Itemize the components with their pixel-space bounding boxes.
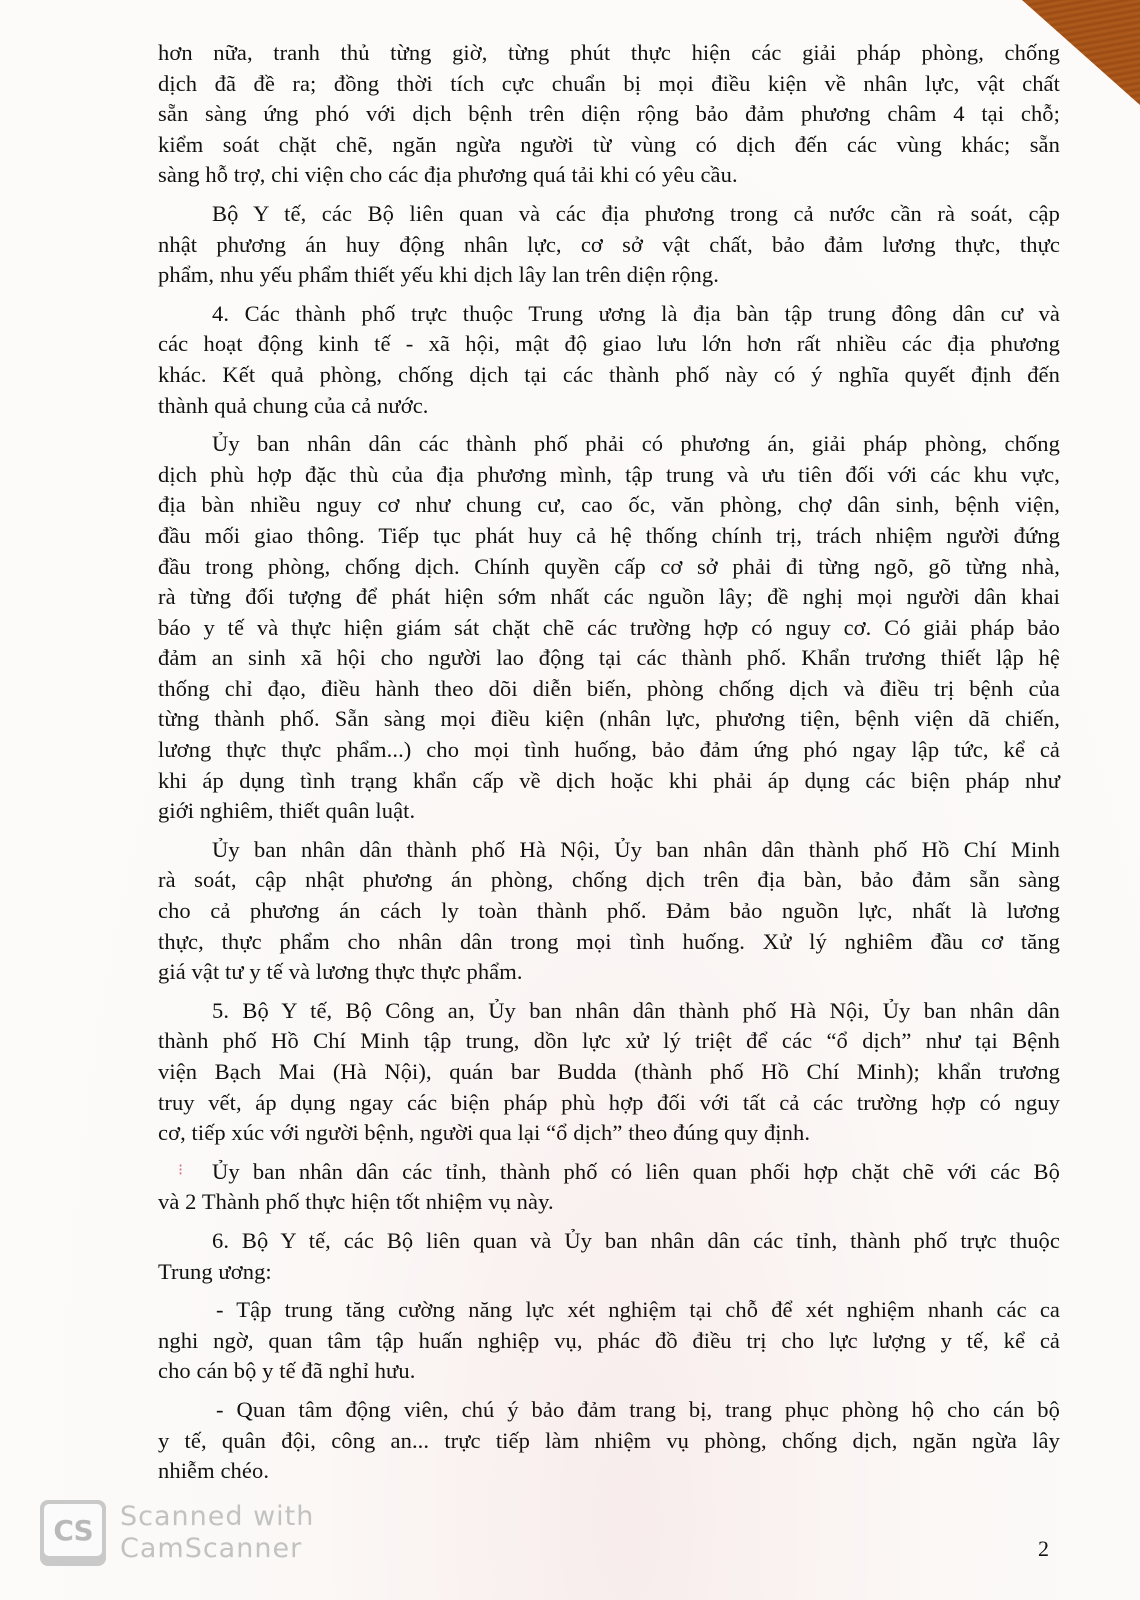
text-line: thành quả chung của cả nước. xyxy=(158,391,1060,422)
text-line: Bộ Y tế, các Bộ liên quan và các địa phư… xyxy=(158,199,1060,230)
text-line: cho cả phương án cách ly toàn thành phố.… xyxy=(158,896,1060,927)
text-line: sẵn sàng ứng phó với dịch bệnh trên diện… xyxy=(158,99,1060,130)
text-line: kiểm soát chặt chẽ, ngăn ngừa người từ v… xyxy=(158,130,1060,161)
watermark-line-1: Scanned with xyxy=(120,1501,314,1533)
text-line: báo y tế và thực hiện giám sát chặt chẽ … xyxy=(158,613,1060,644)
red-ink-mark: ⁝ xyxy=(178,1160,194,1178)
text-line: khác. Kết quả phòng, chống dịch tại các … xyxy=(158,360,1060,391)
text-line: truy vết, áp dụng ngay các biện pháp phù… xyxy=(158,1088,1060,1119)
paragraph-provinces-coordination: Ủy ban nhân dân các tỉnh, thành phố có l… xyxy=(158,1157,1060,1218)
document-body: hơn nữa, tranh thủ từng giờ, từng phút t… xyxy=(158,38,1060,1495)
text-line: sàng hỗ trợ, chi viện cho các địa phương… xyxy=(158,160,1060,191)
text-line: phẩm, nhu yếu phẩm thiết yếu khi dịch lâ… xyxy=(158,260,1060,291)
paragraph-item-6: 6. Bộ Y tế, các Bộ liên quan và Ủy ban n… xyxy=(158,1226,1060,1287)
paragraph-item-5: 5. Bộ Y tế, Bộ Công an, Ủy ban nhân dân … xyxy=(158,996,1060,1149)
text-line: Ủy ban nhân dân các thành phố phải có ph… xyxy=(158,429,1060,460)
text-line: 5. Bộ Y tế, Bộ Công an, Ủy ban nhân dân … xyxy=(158,996,1060,1027)
text-line: thành phố Hồ Chí Minh tập trung, dồn lực… xyxy=(158,1026,1060,1057)
paragraph-bullet-testing: - Tập trung tăng cường năng lực xét nghi… xyxy=(158,1295,1060,1387)
text-line: thực, thực phẩm cho nhân dân trong mọi t… xyxy=(158,927,1060,958)
text-line: Ủy ban nhân dân thành phố Hà Nội, Ủy ban… xyxy=(158,835,1060,866)
text-line: từng thành phố. Sẵn sàng mọi điều kiện (… xyxy=(158,704,1060,735)
text-line: 6. Bộ Y tế, các Bộ liên quan và Ủy ban n… xyxy=(158,1226,1060,1257)
text-line: viện Bạch Mai (Hà Nội), quán bar Budda (… xyxy=(158,1057,1060,1088)
text-line: 4. Các thành phố trực thuộc Trung ương l… xyxy=(158,299,1060,330)
text-line: dịch phù hợp đặc thù của địa phương mình… xyxy=(158,460,1060,491)
text-line: giá vật tư y tế và lương thực thực phẩm. xyxy=(158,957,1060,988)
text-line: đảm an sinh xã hội cho người lao động tạ… xyxy=(158,643,1060,674)
text-line: Ủy ban nhân dân các tỉnh, thành phố có l… xyxy=(158,1157,1060,1188)
text-line: đầu mối giao thông. Tiếp tục phát huy cả… xyxy=(158,521,1060,552)
watermark-line-2: CamScanner xyxy=(120,1533,314,1565)
watermark-text: Scanned with CamScanner xyxy=(120,1501,314,1565)
text-line: rà từng đối tượng để phát hiện sớm nhất … xyxy=(158,582,1060,613)
paragraph-continuation: hơn nữa, tranh thủ từng giờ, từng phút t… xyxy=(158,38,1060,191)
text-line: hơn nữa, tranh thủ từng giờ, từng phút t… xyxy=(158,38,1060,69)
text-line: thống chỉ đạo, điều hành theo dõi diễn b… xyxy=(158,674,1060,705)
text-line: Trung ương: xyxy=(158,1257,1060,1288)
text-line: - Tập trung tăng cường năng lực xét nghi… xyxy=(158,1295,1060,1326)
text-line: và 2 Thành phố thực hiện tốt nhiệm vụ nà… xyxy=(158,1187,1060,1218)
text-line: y tế, quân đội, công an... trực tiếp làm… xyxy=(158,1426,1060,1457)
page-number: 2 xyxy=(1038,1536,1049,1562)
scanned-page: hơn nữa, tranh thủ từng giờ, từng phút t… xyxy=(0,0,1140,1600)
text-line: lương thực thực phẩm...) cho mọi tình hu… xyxy=(158,735,1060,766)
text-line: nhiễm chéo. xyxy=(158,1456,1060,1487)
text-line: dịch đã đề ra; đồng thời tích cực chuẩn … xyxy=(158,69,1060,100)
text-line: địa bàn nhiều nguy cơ như chung cư, cao … xyxy=(158,490,1060,521)
text-line: cơ, tiếp xúc với người bệnh, người qua l… xyxy=(158,1118,1060,1149)
camscanner-watermark: CS Scanned with CamScanner xyxy=(40,1500,314,1566)
text-line: các hoạt động kinh tế - xã hội, mật độ g… xyxy=(158,329,1060,360)
paragraph-bullet-protection: - Quan tâm động viên, chú ý bảo đảm tran… xyxy=(158,1395,1060,1487)
paragraph-ministry-health-review: Bộ Y tế, các Bộ liên quan và các địa phư… xyxy=(158,199,1060,291)
paragraph-hanoi-hcmc: Ủy ban nhân dân thành phố Hà Nội, Ủy ban… xyxy=(158,835,1060,988)
text-line: nhật phương án huy động nhân lực, cơ sở … xyxy=(158,230,1060,261)
paragraph-item-4: 4. Các thành phố trực thuộc Trung ương l… xyxy=(158,299,1060,421)
camscanner-logo-text: CS xyxy=(44,1504,102,1556)
text-line: rà soát, cập nhật phương án phòng, chống… xyxy=(158,865,1060,896)
text-line: cho cán bộ y tế đã nghỉ hưu. xyxy=(158,1356,1060,1387)
paragraph-city-committees: Ủy ban nhân dân các thành phố phải có ph… xyxy=(158,429,1060,827)
text-line: - Quan tâm động viên, chú ý bảo đảm tran… xyxy=(158,1395,1060,1426)
text-line: đầu trong phòng, chống dịch. Chính quyền… xyxy=(158,552,1060,583)
camscanner-logo-icon: CS xyxy=(40,1500,106,1566)
text-line: khi áp dụng tình trạng khẩn cấp về dịch … xyxy=(158,766,1060,797)
text-line: nghi ngờ, quan tâm tập huấn nghiệp vụ, p… xyxy=(158,1326,1060,1357)
text-line: giới nghiêm, thiết quân luật. xyxy=(158,796,1060,827)
